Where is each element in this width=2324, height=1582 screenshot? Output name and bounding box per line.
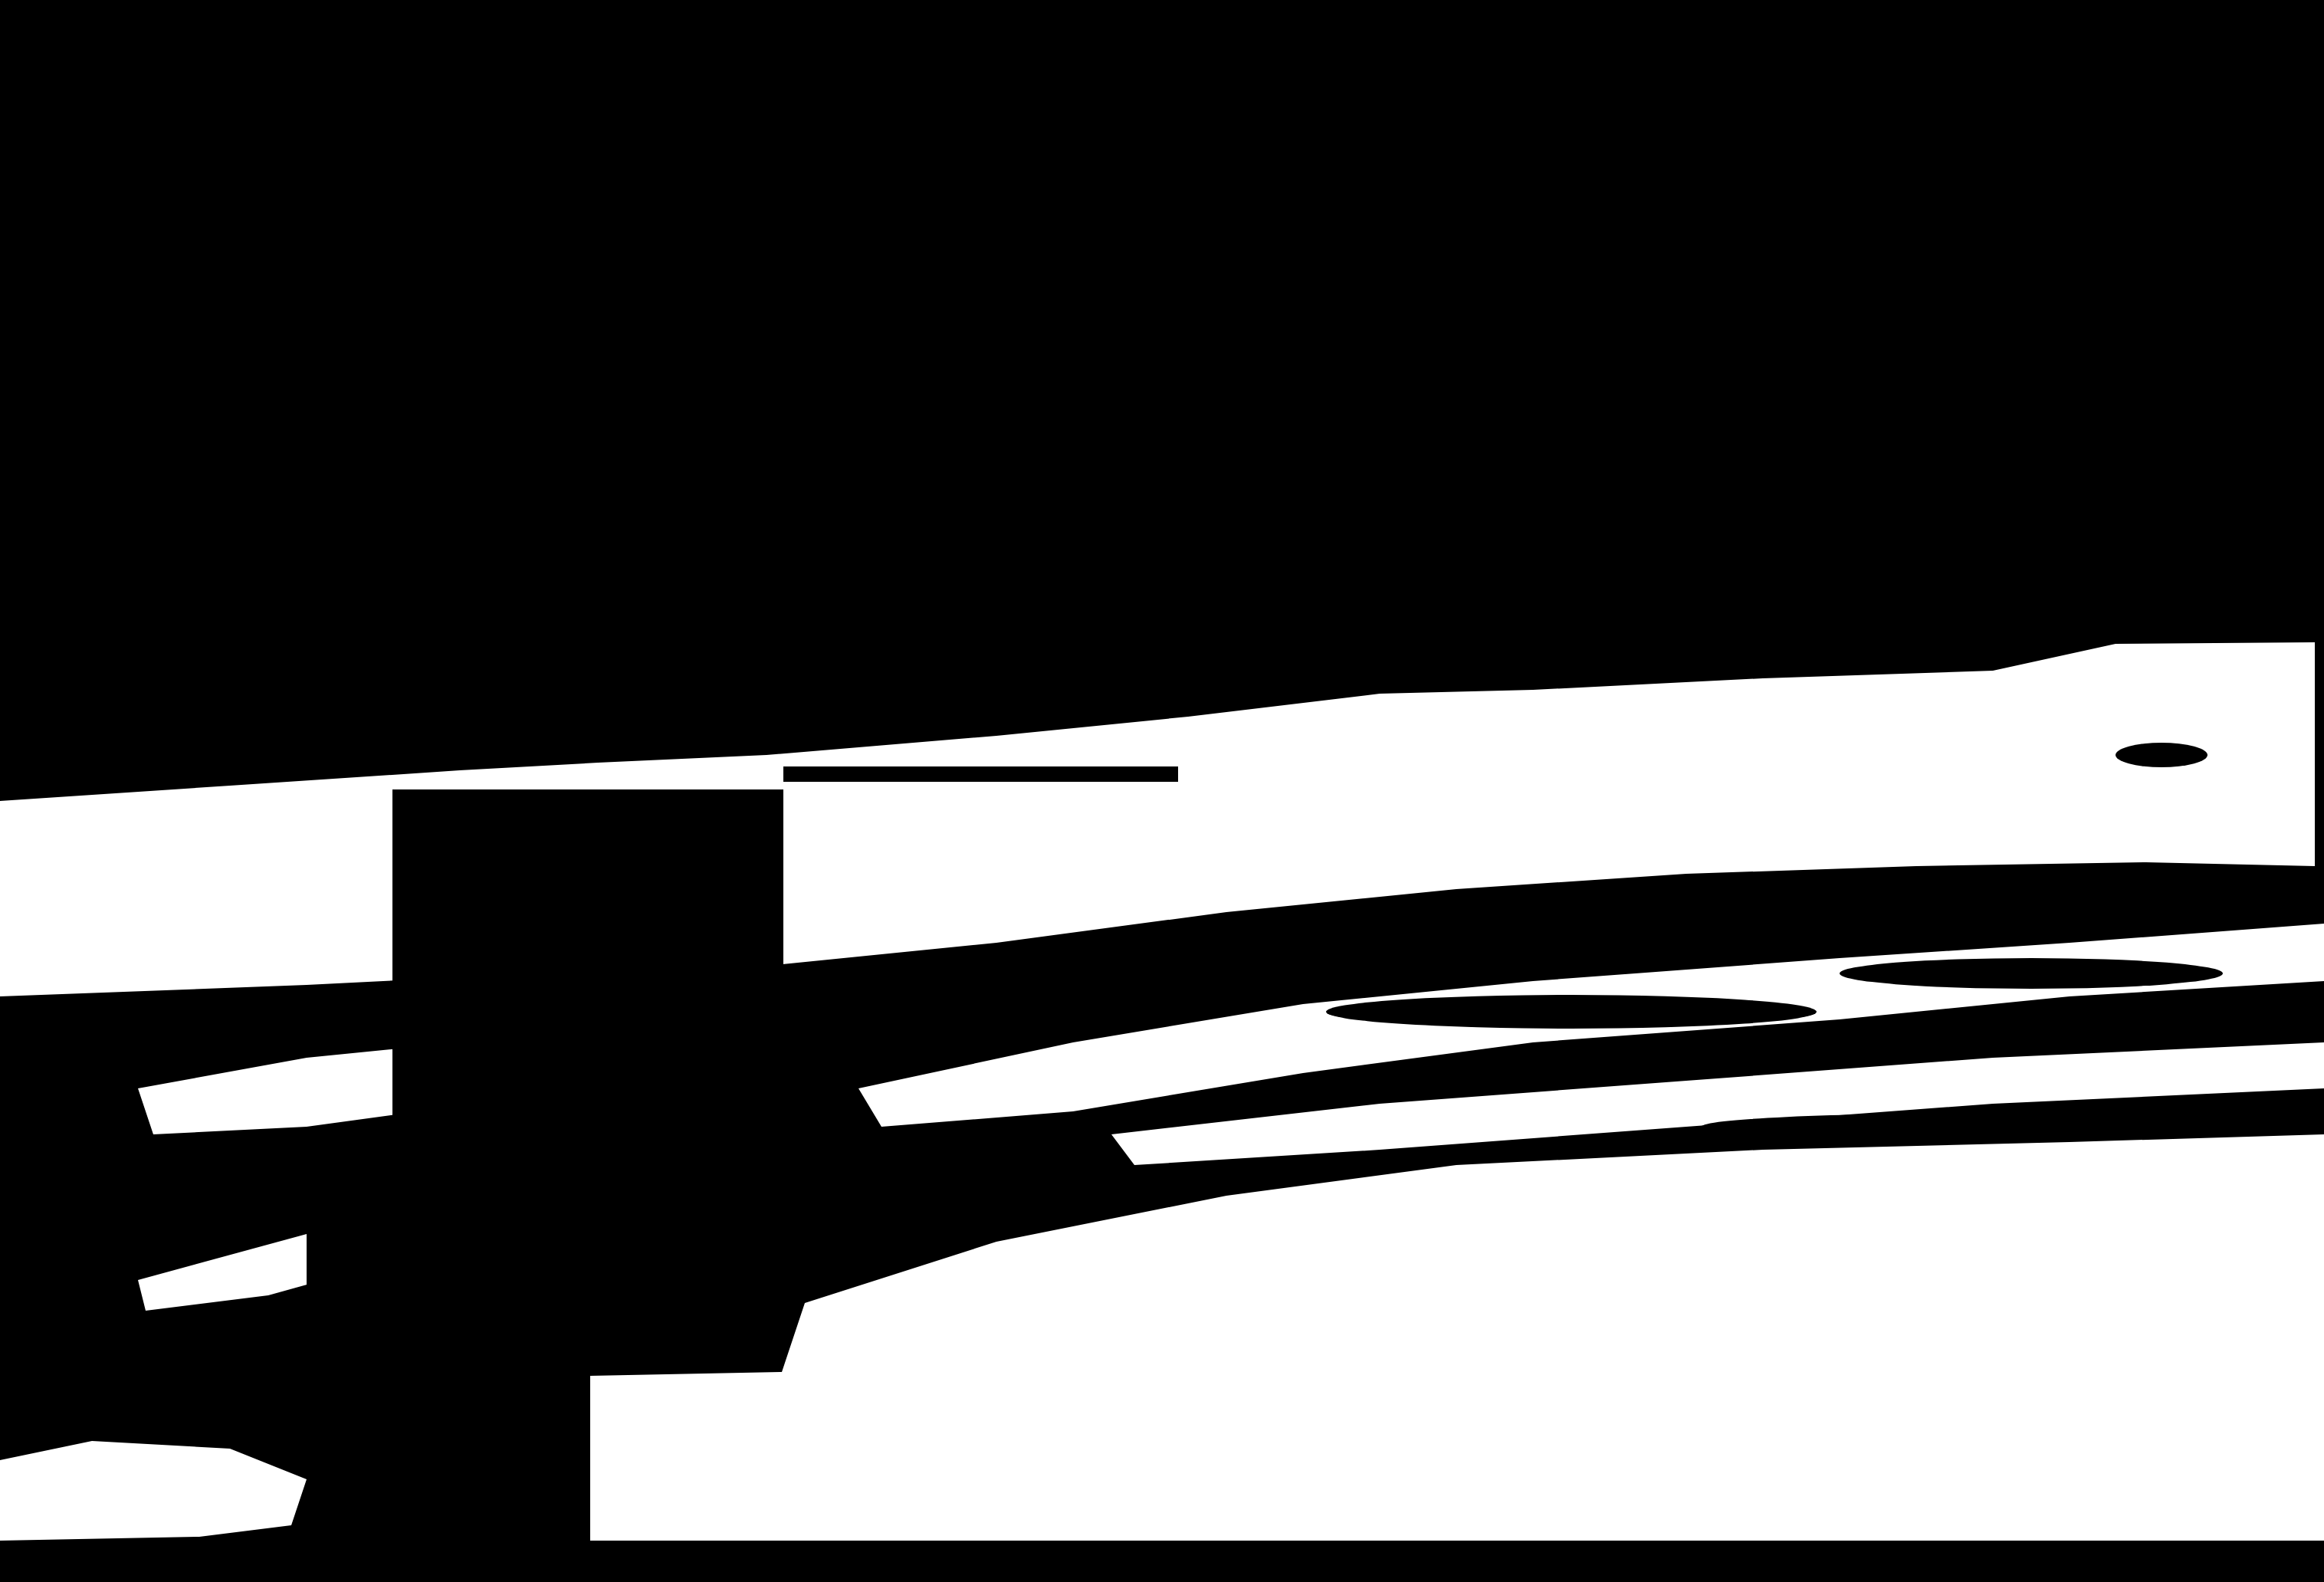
dark-spot-right	[2116, 743, 2207, 767]
landscape-svg	[0, 0, 2324, 1582]
occluder-block-top	[783, 766, 1178, 782]
dark-streak-right	[1840, 958, 2223, 989]
thresholded-landscape-image	[0, 0, 2324, 1582]
dark-streak-lower	[1702, 1113, 2284, 1141]
occluder-block-lower	[307, 1188, 590, 1541]
bottom-band	[0, 1541, 2324, 1582]
dark-streak-center	[1326, 995, 1817, 1029]
